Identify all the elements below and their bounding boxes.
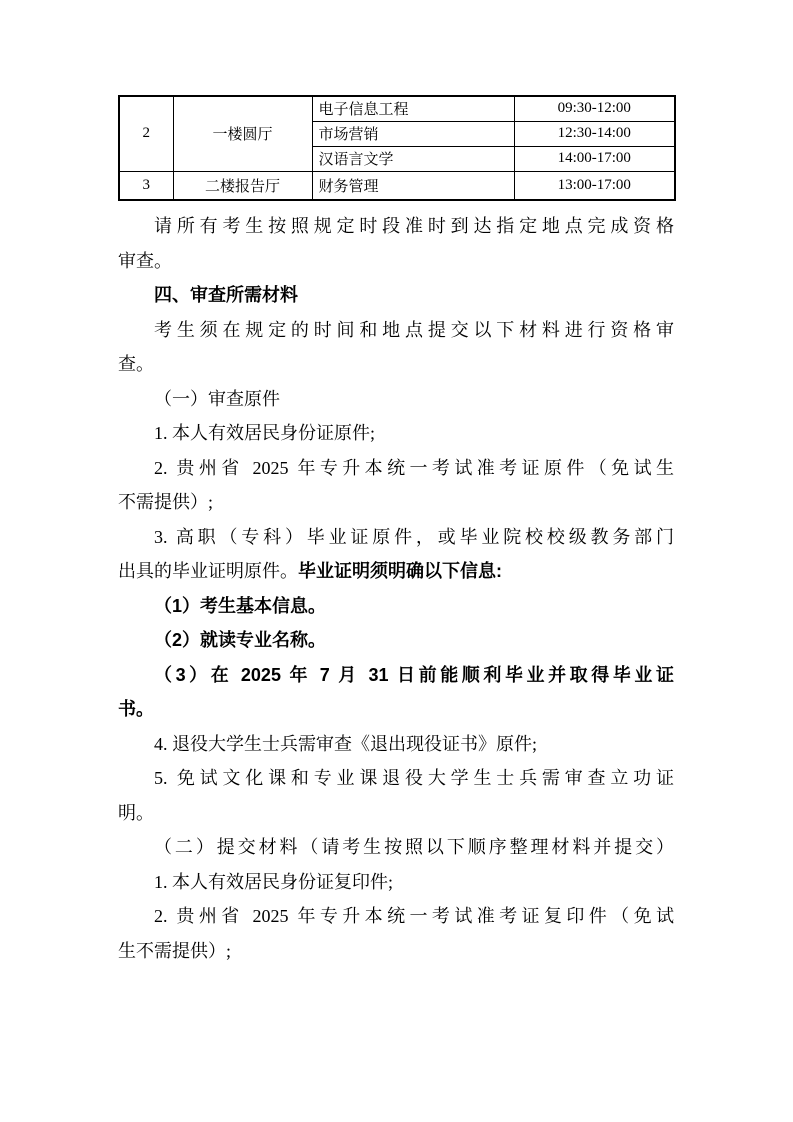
list-item: 1. 本人有效居民身份证原件; bbox=[118, 416, 674, 451]
cell-time-slot: 12:30-14:00 bbox=[514, 121, 675, 146]
text-run: 4. 退役大学生士兵需审查《退出现役证书》原件; bbox=[154, 734, 537, 754]
text-line: 考生须在规定的时间和地点提交以下材料进行资格审 bbox=[118, 313, 674, 348]
section-heading: 四、审查所需材料 bbox=[118, 278, 674, 313]
text-run: 不需提供）; bbox=[118, 492, 213, 512]
table-row: 3 二楼报告厅 财务管理 13:00-17:00 bbox=[119, 171, 675, 200]
text-run: 考生须在规定的时间和地点提交以下材料进行资格审 bbox=[154, 320, 674, 340]
cell-row-number: 2 bbox=[119, 96, 173, 171]
text-run: （3）在 2025 年 7 月 31 日前能顺利毕业并取得毕业证 bbox=[154, 665, 674, 685]
list-item: 2. 贵州省 2025 年专升本统一考试准考证原件（免试生 bbox=[118, 451, 674, 486]
cell-time-slot: 09:30-12:00 bbox=[514, 96, 675, 121]
body-text: 请所有考生按照规定时段准时到达指定地点完成资格 审查。 四、审查所需材料 考生须… bbox=[118, 209, 674, 968]
list-item: 1. 本人有效居民身份证复印件; bbox=[118, 865, 674, 900]
text-run: （1）考生基本信息。 bbox=[154, 596, 326, 616]
list-item: （3）在 2025 年 7 月 31 日前能顺利毕业并取得毕业证 bbox=[118, 658, 674, 693]
text-line: 请所有考生按照规定时段准时到达指定地点完成资格 bbox=[118, 209, 674, 244]
list-item: 5. 免试文化课和专业课退役大学生士兵需审查立功证 bbox=[118, 761, 674, 796]
text-run: 3. 高职（专科）毕业证原件，或毕业院校校级教务部门 bbox=[154, 527, 674, 547]
page-content: 2 一楼圆厅 电子信息工程 09:30-12:00 市场营销 12:30-14:… bbox=[118, 95, 674, 968]
text-run: 书。 bbox=[118, 699, 154, 719]
cell-time-slot: 14:00-17:00 bbox=[514, 146, 675, 171]
text-line: 明。 bbox=[118, 796, 674, 831]
list-item: 3. 高职（专科）毕业证原件，或毕业院校校级教务部门 bbox=[118, 520, 674, 555]
cell-location: 二楼报告厅 bbox=[173, 171, 312, 200]
text-run: 审查。 bbox=[118, 251, 172, 271]
text-line: 出具的毕业证明原件。毕业证明须明确以下信息: bbox=[118, 554, 674, 589]
text-run: 出具的毕业证明原件。 bbox=[118, 561, 298, 581]
text-run: 1. 本人有效居民身份证原件; bbox=[154, 423, 375, 443]
document-page: 2 一楼圆厅 电子信息工程 09:30-12:00 市场营销 12:30-14:… bbox=[0, 0, 793, 1122]
list-item: （1）考生基本信息。 bbox=[118, 589, 674, 624]
subsection-heading: （二）提交材料（请考生按照以下顺序整理材料并提交） bbox=[118, 830, 674, 865]
list-item: 4. 退役大学生士兵需审查《退出现役证书》原件; bbox=[118, 727, 674, 762]
text-run: 2. 贵州省 2025 年专升本统一考试准考证原件（免试生 bbox=[154, 458, 674, 478]
list-item: 2. 贵州省 2025 年专升本统一考试准考证复印件（免试 bbox=[118, 899, 674, 934]
text-line: 书。 bbox=[118, 692, 674, 727]
text-run: （二）提交材料（请考生按照以下顺序整理材料并提交） bbox=[154, 837, 674, 857]
text-run: 查。 bbox=[118, 354, 154, 374]
text-line: 生不需提供）; bbox=[118, 934, 674, 969]
emphasized-text: 毕业证明须明确以下信息: bbox=[298, 561, 502, 581]
text-line: 不需提供）; bbox=[118, 485, 674, 520]
table-row: 2 一楼圆厅 电子信息工程 09:30-12:00 bbox=[119, 96, 675, 121]
text-run: （2）就读专业名称。 bbox=[154, 630, 326, 650]
text-run: 2. 贵州省 2025 年专升本统一考试准考证复印件（免试 bbox=[154, 906, 674, 926]
text-run: （一）审查原件 bbox=[154, 389, 280, 409]
cell-major: 汉语言文学 bbox=[312, 146, 514, 171]
list-item: （2）就读专业名称。 bbox=[118, 623, 674, 658]
text-line: 审查。 bbox=[118, 244, 674, 279]
schedule-table: 2 一楼圆厅 电子信息工程 09:30-12:00 市场营销 12:30-14:… bbox=[118, 95, 676, 201]
cell-time-slot: 13:00-17:00 bbox=[514, 171, 675, 200]
text-run: 明。 bbox=[118, 803, 154, 823]
text-run: 四、审查所需材料 bbox=[154, 285, 298, 305]
text-run: 1. 本人有效居民身份证复印件; bbox=[154, 872, 393, 892]
cell-major: 财务管理 bbox=[312, 171, 514, 200]
text-run: 5. 免试文化课和专业课退役大学生士兵需审查立功证 bbox=[154, 768, 674, 788]
text-line: 查。 bbox=[118, 347, 674, 382]
cell-location: 一楼圆厅 bbox=[173, 96, 312, 171]
subsection-heading: （一）审查原件 bbox=[118, 382, 674, 417]
cell-major: 电子信息工程 bbox=[312, 96, 514, 121]
text-run: 生不需提供）; bbox=[118, 941, 231, 961]
cell-row-number: 3 bbox=[119, 171, 173, 200]
text-run: 请所有考生按照规定时段准时到达指定地点完成资格 bbox=[154, 216, 674, 236]
cell-major: 市场营销 bbox=[312, 121, 514, 146]
